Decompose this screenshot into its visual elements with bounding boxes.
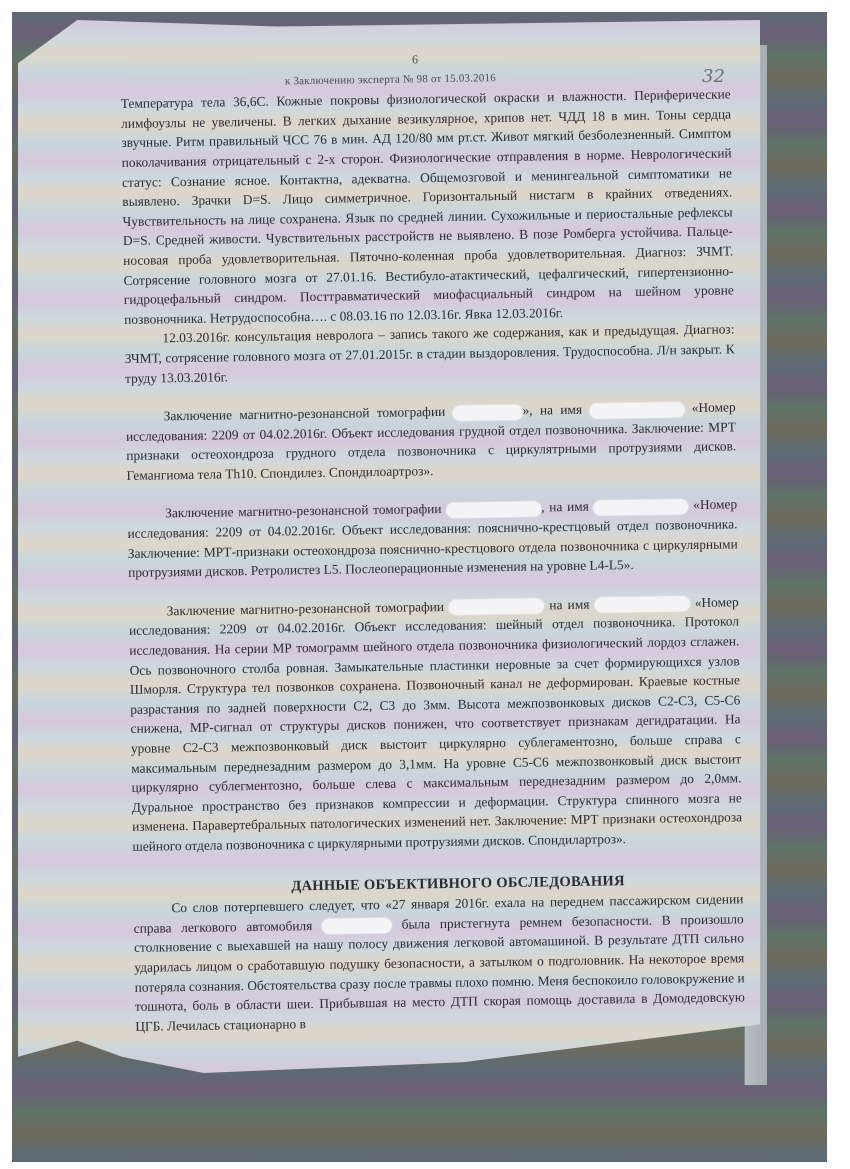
redacted-clinic: [446, 501, 541, 517]
redacted-vehicle: [322, 918, 392, 934]
neurologist-consultation: 12.03.2016г. консультация невролога – за…: [124, 320, 735, 388]
redacted-name: [589, 402, 684, 418]
mri-name-label: на имя: [540, 402, 582, 418]
redacted-name: [594, 596, 689, 612]
mri-report-cervical: Заключение магнитно-резонансной томограф…: [129, 592, 743, 856]
mri-intro: Заключение магнитно-резонансной томограф…: [167, 599, 445, 618]
document-text: 6 к Заключению эксперта № 98 от 15.03.20…: [120, 45, 745, 1036]
objective-paragraph: Со слов потерпевшего следует, что «27 ян…: [133, 889, 745, 1036]
mri-intro: Заключение магнитно-резонансной томограф…: [164, 404, 446, 423]
mri-body: «Номер исследования: 2209 от 04.02.2016г…: [129, 594, 742, 854]
exam-paragraph: Температура тела 36,6С. Кожные покровы ф…: [121, 85, 735, 330]
mri-name-label: на имя: [549, 597, 589, 613]
mri-report-thoracic: Заключение магнитно-резонансной томограф…: [126, 397, 737, 485]
redacted-clinic: [449, 599, 544, 615]
mri-name-label: на имя: [549, 499, 589, 515]
mri-intro: Заключение магнитно-резонансной томограф…: [165, 501, 442, 520]
mri-report-lumbar: Заключение магнитно-резонансной томограф…: [127, 495, 738, 583]
redacted-name: [593, 499, 688, 515]
redacted-clinic: [452, 404, 522, 420]
